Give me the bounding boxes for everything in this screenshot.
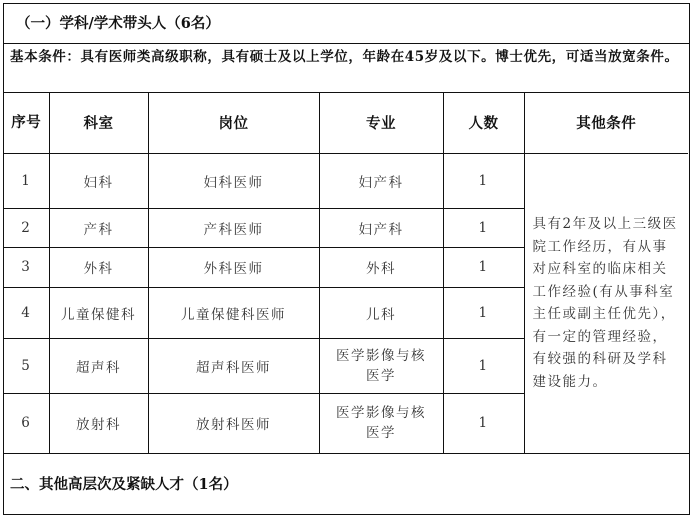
header-seq: 序号 [4, 93, 49, 153]
cell-seq: 4 [4, 287, 49, 338]
cell-dept: 产科 [49, 208, 148, 247]
cell-dept: 儿童保健科 [49, 287, 148, 338]
basic-conditions-text: 基本条件：具有医师类高级职称，具有硕士及以上学位，年龄在45岁及以下。博士优先，… [4, 44, 689, 93]
cell-seq: 2 [4, 208, 49, 247]
cell-position: 产科医师 [148, 208, 319, 247]
header-count: 人数 [443, 93, 524, 153]
cell-dept: 超声科 [49, 338, 148, 393]
cell-position: 放射科医师 [148, 393, 319, 453]
positions-table: 序号 科室 岗位 专业 人数 其他条件 1 妇科 妇科医师 妇产科 1 具有2年… [4, 93, 688, 454]
cell-count: 1 [443, 338, 524, 393]
cell-other-conditions: 具有2年及以上三级医院工作经历，有从事对应科室的临床相关工作经验(有从事科室主任… [524, 153, 688, 453]
cell-major: 妇产科 [319, 153, 443, 208]
cell-major: 儿科 [319, 287, 443, 338]
cell-major: 外科 [319, 247, 443, 287]
cell-seq: 3 [4, 247, 49, 287]
header-position: 岗位 [148, 93, 319, 153]
header-dept: 科室 [49, 93, 148, 153]
cell-seq: 5 [4, 338, 49, 393]
cell-major: 妇产科 [319, 208, 443, 247]
cell-seq: 1 [4, 153, 49, 208]
cell-seq: 6 [4, 393, 49, 453]
cell-position: 妇科医师 [148, 153, 319, 208]
cell-position: 外科医师 [148, 247, 319, 287]
cell-position: 儿童保健科医师 [148, 287, 319, 338]
cell-major: 医学影像与核医学 [319, 338, 443, 393]
section-title-academic-leaders: （一）学科/学术带头人（6名） [4, 4, 689, 44]
cell-count: 1 [443, 153, 524, 208]
cell-dept: 妇科 [49, 153, 148, 208]
cell-dept: 放射科 [49, 393, 148, 453]
cell-count: 1 [443, 247, 524, 287]
section-title-other-talents: 二、其他高层次及紧缺人才（1名） [4, 453, 689, 515]
cell-count: 1 [443, 208, 524, 247]
header-major: 专业 [319, 93, 443, 153]
cell-major: 医学影像与核医学 [319, 393, 443, 453]
table-header-row: 序号 科室 岗位 专业 人数 其他条件 [4, 93, 688, 153]
header-other-conditions: 其他条件 [524, 93, 688, 153]
cell-count: 1 [443, 393, 524, 453]
recruitment-table-document: （一）学科/学术带头人（6名） 基本条件：具有医师类高级职称，具有硕士及以上学位… [3, 3, 690, 515]
cell-dept: 外科 [49, 247, 148, 287]
table-row: 1 妇科 妇科医师 妇产科 1 具有2年及以上三级医院工作经历，有从事对应科室的… [4, 153, 688, 208]
cell-position: 超声科医师 [148, 338, 319, 393]
cell-count: 1 [443, 287, 524, 338]
